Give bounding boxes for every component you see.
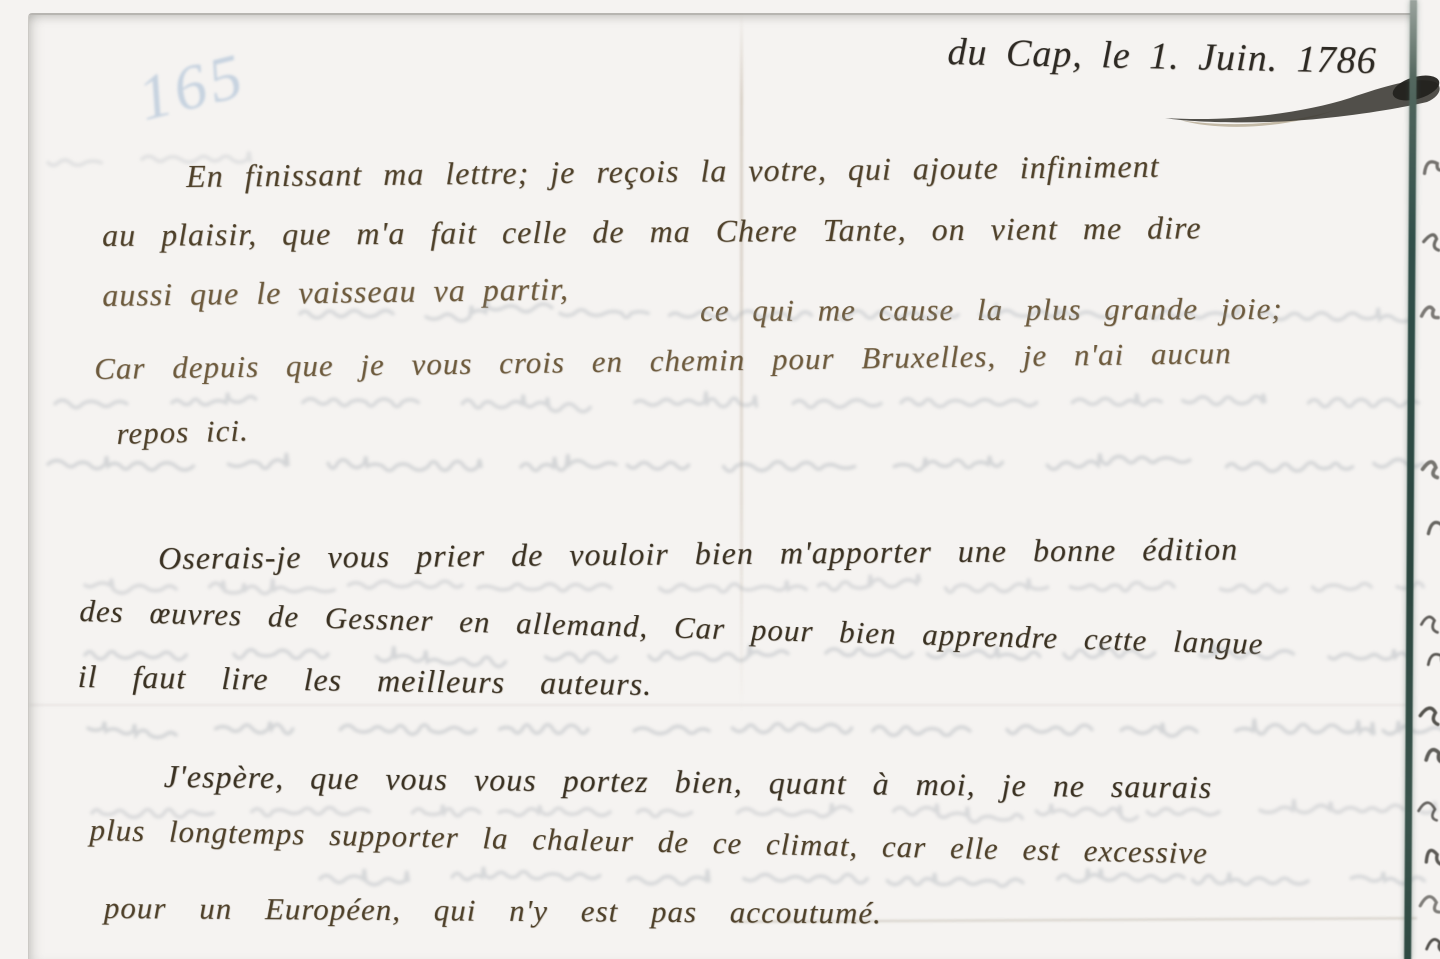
ink-flourish — [1150, 60, 1440, 130]
scanned-letter-page: 165 du Cap, le 1. Juin. 1786 En finissan… — [0, 0, 1440, 959]
ink-fragment — [1416, 790, 1440, 820]
bleed-through-line — [300, 300, 1415, 330]
bleed-through-line — [55, 387, 1413, 417]
adjacent-page-edge — [1417, 0, 1440, 959]
ink-fragment — [1421, 220, 1440, 249]
horizontal-crease-upper — [30, 704, 1412, 706]
ink-fragment — [1418, 885, 1440, 913]
letter-line: au plaisir, que m'a fait celle de ma Che… — [102, 209, 1202, 254]
bleed-through-line — [48, 450, 1416, 480]
ink-fragment — [1416, 149, 1440, 180]
bleed-through-line — [85, 572, 1415, 602]
ink-fragment — [1423, 510, 1440, 539]
bleed-through-line — [320, 864, 1418, 894]
ink-fragment — [1421, 840, 1440, 870]
ink-fragment — [1417, 697, 1440, 726]
ink-fragment — [1421, 737, 1440, 766]
ink-fragment — [1419, 604, 1440, 632]
bleed-through-line — [48, 146, 233, 176]
bleed-through-line — [92, 796, 1420, 826]
bleed-through-line — [88, 714, 1426, 744]
letter-line: repos ici. — [116, 413, 249, 452]
letter-line: pour un Européen, qui n'y est pas accout… — [104, 890, 882, 931]
ink-fragment — [1421, 640, 1440, 670]
ink-fragment — [1419, 450, 1440, 480]
ink-fragment — [1423, 927, 1440, 955]
bleed-through-line — [85, 640, 1418, 670]
ink-fragment — [1418, 295, 1440, 323]
